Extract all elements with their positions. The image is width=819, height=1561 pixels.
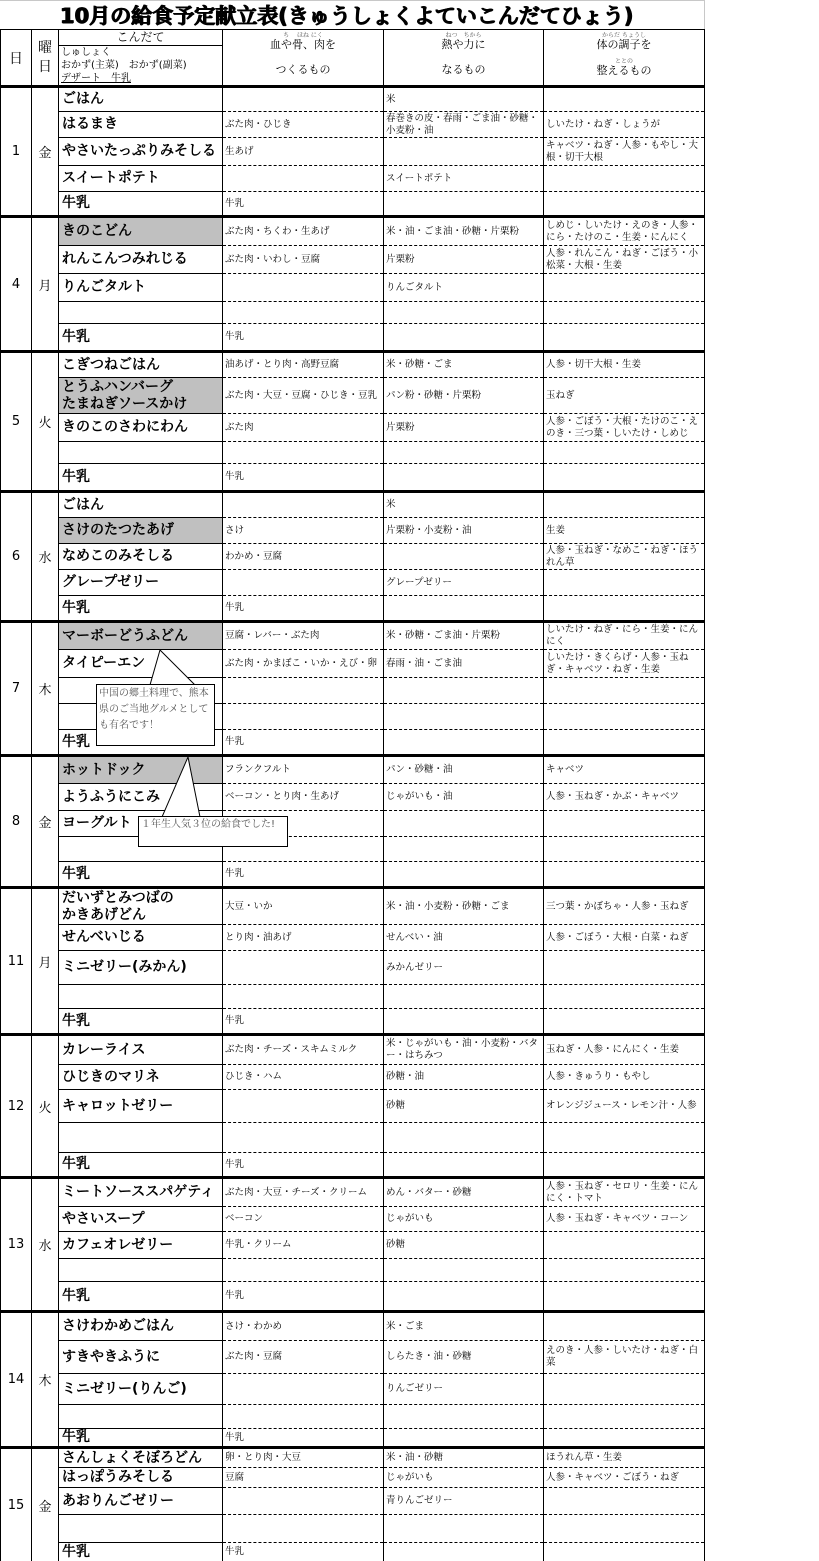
dish-name: すきやきふうに [59,1341,223,1374]
ingredient-green [544,596,705,622]
weekday: 水 [32,492,59,622]
ingredient-green [544,1009,705,1035]
ingredient-yellow: 春雨・油・ごま油 [384,650,544,678]
dish-name: ひじきのマリネ [59,1065,223,1090]
table-row: やさいスープベーコンじゃがいも人参・玉ねぎ・キャベツ・コーン [1,1207,705,1232]
ingredient-red: ぶた肉・チーズ・スキムミルク [223,1035,384,1065]
ingredient-yellow: 米・砂糖・ごま [384,352,544,378]
ingredient-green [544,1515,705,1543]
dish-name: マーボーどうふどん [59,622,223,650]
callout-taipien: 中国の郷土料理で、熊本県のご当地グルメとしても有名です！ [96,684,215,746]
dish-name: 牛乳 [59,324,223,352]
dish-name: やさいたっぷりみそしる [59,138,223,166]
ingredient-red [223,1515,384,1543]
ingredient-green [544,1429,705,1448]
ingredient-yellow [384,192,544,217]
ingredient-red: 牛乳 [223,192,384,217]
ingredient-green [544,1259,705,1282]
dish-name: 牛乳 [59,1153,223,1178]
ingredient-red: 牛乳 [223,464,384,492]
dish-name: カレーライス [59,1035,223,1065]
ingredient-green: しいたけ・ねぎ・にら・生姜・にんにく [544,622,705,650]
table-row [1,1405,705,1429]
dish-name: グレープゼリー [59,570,223,596]
ingredient-green: 人参・玉ねぎ・なめこ・ねぎ・ほうれん草 [544,544,705,570]
ingredient-yellow: 春巻きの皮・春雨・ごま油・砂糖・小麦粉・油 [384,112,544,138]
dish-name: やさいスープ [59,1207,223,1232]
day-number: 6 [1,492,32,622]
dish-name: ミニゼリー(みかん) [59,951,223,985]
table-row: なめこのみそしるわかめ・豆腐人参・玉ねぎ・なめこ・ねぎ・ほうれん草 [1,544,705,570]
dish-name: 牛乳 [59,862,223,888]
ingredient-red [223,985,384,1009]
ingredient-yellow: グレープゼリー [384,570,544,596]
day-number: 5 [1,352,32,492]
dish-name: こぎつねごはん [59,352,223,378]
ingredient-yellow [384,678,544,704]
ingredient-red: ぶた肉・豆腐 [223,1341,384,1374]
table-row: 牛乳牛乳 [1,862,705,888]
ingredient-yellow: せんべい・油 [384,925,544,951]
table-row: やさいたっぷりみそしる生あげキャベツ・ねぎ・人参・もやし・大根・切干大根 [1,138,705,166]
ingredient-yellow: 青りんごゼリー [384,1488,544,1515]
dish-name: ミートソーススパゲティ [59,1178,223,1207]
weekday: 金 [32,756,59,888]
table-row: 11月だいずとみつばの かきあげどん大豆・いか米・油・小麦粉・砂糖・ごま三つ葉・… [1,888,705,925]
ingredient-green [544,87,705,112]
ingredient-red [223,704,384,730]
ingredient-green: しいたけ・きくらげ・人参・玉ねぎ・キャベツ・ねぎ・生姜 [544,650,705,678]
ingredient-green: 玉ねぎ [544,378,705,414]
ingredient-yellow [384,324,544,352]
table-row: はるまきぶた肉・ひじき春巻きの皮・春雨・ごま油・砂糖・小麦粉・油しいたけ・ねぎ・… [1,112,705,138]
ingredient-yellow [384,1259,544,1282]
table-row: りんごタルトりんごタルト [1,274,705,302]
weekday: 金 [32,87,59,217]
ingredient-green: 人参・玉ねぎ・かぶ・キャベツ [544,784,705,811]
ingredient-red: ぶた肉・ちくわ・生あげ [223,217,384,246]
dish-name: さけわかめごはん [59,1312,223,1341]
ingredient-green [544,192,705,217]
ingredient-yellow [384,138,544,166]
dish-name: 牛乳 [59,1543,223,1561]
table-row: 5火こぎつねごはん油あげ・とり肉・高野豆腐米・砂糖・ごま人参・切干大根・生姜 [1,352,705,378]
ingredient-red: ベーコン [223,1207,384,1232]
table-row: 牛乳牛乳 [1,1153,705,1178]
day-number: 14 [1,1312,32,1448]
ingredient-red [223,1488,384,1515]
header-menu-legend: しゅしょく おかず(主菜) おかず(副菜) デザート 牛乳 [59,46,222,85]
ingredient-yellow [384,1009,544,1035]
ingredient-yellow: 米 [384,492,544,518]
table-row: ミニゼリー(りんご)りんごゼリー [1,1374,705,1405]
ingredient-green [544,837,705,862]
ingredient-yellow: 米・ごま [384,1312,544,1341]
dish-name: さけのたつたあげ [59,518,223,544]
ingredient-yellow [384,1282,544,1312]
ingredient-red: さけ [223,518,384,544]
weekday: 金 [32,1448,59,1561]
day-number: 11 [1,888,32,1035]
table-row: キャロットゼリー砂糖オレンジジュース・レモン汁・人参 [1,1090,705,1123]
dish-name [59,985,223,1009]
ingredient-red [223,1259,384,1282]
day-number: 1 [1,87,32,217]
dish-name: 牛乳 [59,1009,223,1035]
ingredient-yellow: スイートポテト [384,166,544,192]
dish-name: 牛乳 [59,1429,223,1448]
ingredient-yellow [384,1123,544,1153]
ingredient-red: 牛乳 [223,1009,384,1035]
ingredient-yellow [384,442,544,464]
weekday: 火 [32,352,59,492]
ingredient-green: 人参・玉ねぎ・セロリ・生姜・にんにく・トマト [544,1178,705,1207]
ingredient-yellow: 砂糖 [384,1090,544,1123]
day-number: 13 [1,1178,32,1312]
ingredient-yellow: 米・油・砂糖 [384,1448,544,1468]
ingredient-green: えのき・人参・しいたけ・ねぎ・白菜 [544,1341,705,1374]
table-row: 12火カレーライスぶた肉・チーズ・スキムミルク米・じゃがいも・油・小麦粉・バター… [1,1035,705,1065]
weekday: 火 [32,1035,59,1178]
ingredient-yellow: 米 [384,87,544,112]
table-row [1,1259,705,1282]
ingredient-red: 牛乳 [223,1429,384,1448]
day-number: 7 [1,622,32,756]
ingredient-green [544,1282,705,1312]
weekday: 月 [32,217,59,352]
ingredient-green [544,464,705,492]
ingredient-yellow [384,1405,544,1429]
ingredient-red: ベーコン・とり肉・生あげ [223,784,384,811]
table-row: すきやきふうにぶた肉・豆腐しらたき・油・砂糖えのき・人参・しいたけ・ねぎ・白菜 [1,1341,705,1374]
ingredient-green: 人参・きゅうり・もやし [544,1065,705,1090]
ingredient-red: ぶた肉・いわし・豆腐 [223,246,384,274]
ingredient-yellow: 米・油・ごま油・砂糖・片栗粉 [384,217,544,246]
ingredient-yellow [384,862,544,888]
ingredient-green [544,678,705,704]
ingredient-red: 豆腐・レバー・ぶた肉 [223,622,384,650]
ingredient-green [544,1153,705,1178]
dish-name: ごはん [59,492,223,518]
table-row [1,985,705,1009]
ingredient-red: フランクフルト [223,756,384,784]
dish-name [59,1405,223,1429]
ingredient-green: オレンジジュース・レモン汁・人参 [544,1090,705,1123]
dish-name [59,442,223,464]
dish-name: りんごタルト [59,274,223,302]
ingredient-red: 牛乳・クリーム [223,1232,384,1259]
ingredient-green: 人参・玉ねぎ・キャベツ・コーン [544,1207,705,1232]
dish-name: はっぽうみそしる [59,1468,223,1488]
ingredient-green [544,1543,705,1561]
table-row [1,837,705,862]
ingredient-green [544,1405,705,1429]
ingredient-green: 人参・切干大根・生姜 [544,352,705,378]
ingredient-yellow [384,985,544,1009]
ingredient-green: 玉ねぎ・人参・にんにく・生姜 [544,1035,705,1065]
ingredient-red [223,1123,384,1153]
callout-hotdog: １年生人気３位の給食でした! [138,816,288,847]
weekday: 木 [32,1312,59,1448]
ingredient-red: 牛乳 [223,596,384,622]
ingredient-yellow [384,811,544,837]
ingredient-red: ぶた肉 [223,414,384,442]
ingredient-green [544,1488,705,1515]
ingredient-yellow [384,1543,544,1561]
lunch-menu-table: 日 曜 日 こんだて しゅしょく おかず(主菜) おかず(副菜) デザート 牛乳… [0,29,705,1561]
header-red-group: ち ほね にく 血や骨、肉を つくるもの [223,30,384,87]
ingredient-yellow: 砂糖・油 [384,1065,544,1090]
table-row: 15金さんしょくそぼろどん卵・とり肉・大豆米・油・砂糖ほうれん草・生姜 [1,1448,705,1468]
ingredient-red: 油あげ・とり肉・高野豆腐 [223,352,384,378]
table-row: 4月きのこどんぶた肉・ちくわ・生あげ米・油・ごま油・砂糖・片栗粉しめじ・しいたけ… [1,217,705,246]
table-row: 6水ごはん米 [1,492,705,518]
ingredient-yellow: 米・油・小麦粉・砂糖・ごま [384,888,544,925]
dish-name: なめこのみそしる [59,544,223,570]
table-row: ミニゼリー(みかん)みかんゼリー [1,951,705,985]
day-number: 8 [1,756,32,888]
ingredient-green [544,1374,705,1405]
ingredient-yellow [384,704,544,730]
dish-name: きのこのさわにわん [59,414,223,442]
header-day: 日 [1,30,32,87]
ingredient-red: 牛乳 [223,1282,384,1312]
ingredient-red [223,87,384,112]
ingredient-red: 牛乳 [223,730,384,756]
ingredient-green [544,492,705,518]
dish-name: 牛乳 [59,192,223,217]
ingredient-red [223,1405,384,1429]
ingredient-red: 生あげ [223,138,384,166]
dish-name: カフェオレゼリー [59,1232,223,1259]
table-row: 1金ごはん米 [1,87,705,112]
ingredient-red [223,570,384,596]
ingredient-yellow: 片栗粉 [384,414,544,442]
ingredient-green [544,951,705,985]
spreadsheet: 10月の給食予定献立表(きゅうしょくよていこんだてひょう) 日 曜 日 こんだて… [0,0,705,1561]
dish-name: 牛乳 [59,596,223,622]
ingredient-green: 人参・ごぼう・大根・白菜・ねぎ [544,925,705,951]
ingredient-green: しめじ・しいたけ・えのき・人参・にら・たけのこ・生姜・にんにく [544,217,705,246]
ingredient-red: 牛乳 [223,1153,384,1178]
ingredient-red [223,678,384,704]
callout-tail-icon [140,755,240,817]
weekday: 水 [32,1178,59,1312]
ingredient-red: とり肉・油あげ [223,925,384,951]
ingredient-yellow: じゃがいも [384,1207,544,1232]
table-row [1,302,705,324]
ingredient-green: キャベツ [544,756,705,784]
dish-name: はるまき [59,112,223,138]
table-row: カフェオレゼリー牛乳・クリーム砂糖 [1,1232,705,1259]
ingredient-green: 生姜 [544,518,705,544]
ingredient-red [223,492,384,518]
table-row: ようふうにこみベーコン・とり肉・生あげじゃがいも・油人参・玉ねぎ・かぶ・キャベツ [1,784,705,811]
table-row: ヨーグルトヨーグルト [1,811,705,837]
dish-name: れんこんつみれじる [59,246,223,274]
ingredient-green [544,1312,705,1341]
ingredient-yellow: みかんゼリー [384,951,544,985]
ingredient-red [223,1374,384,1405]
dish-name [59,1259,223,1282]
page-title: 10月の給食予定献立表(きゅうしょくよていこんだてひょう) [0,0,704,29]
table-header-row: 日 曜 日 こんだて しゅしょく おかず(主菜) おかず(副菜) デザート 牛乳… [1,30,705,87]
ingredient-yellow [384,1429,544,1448]
ingredient-red: さけ・わかめ [223,1312,384,1341]
ingredient-yellow: 片栗粉 [384,246,544,274]
ingredient-yellow [384,544,544,570]
ingredient-green: 人参・ごぼう・大根・たけのこ・えのき・三つ葉・しいたけ・しめじ [544,414,705,442]
table-row: 14木さけわかめごはんさけ・わかめ米・ごま [1,1312,705,1341]
table-row: 7木マーボーどうふどん豆腐・レバー・ぶた肉米・砂糖・ごま油・片栗粉しいたけ・ねぎ… [1,622,705,650]
dish-name: きのこどん [59,217,223,246]
ingredient-yellow: しらたき・油・砂糖 [384,1341,544,1374]
ingredient-yellow: りんごタルト [384,274,544,302]
ingredient-yellow: 米・じゃがいも・油・小麦粉・バター・はちみつ [384,1035,544,1065]
dish-name [59,1123,223,1153]
ingredient-green: キャベツ・ねぎ・人参・もやし・大根・切干大根 [544,138,705,166]
table-row [1,1123,705,1153]
dish-name: 牛乳 [59,464,223,492]
weekday: 木 [32,622,59,756]
ingredient-yellow: パン・砂糖・油 [384,756,544,784]
ingredient-green [544,862,705,888]
ingredient-red [223,951,384,985]
ingredient-green: しいたけ・ねぎ・しょうが [544,112,705,138]
dish-name [59,1515,223,1543]
table-row: 8金ホットドックフランクフルトパン・砂糖・油キャベツ [1,756,705,784]
ingredient-red: 牛乳 [223,862,384,888]
header-green-group: からだ ちょうし 体の調子を ととの 整えるもの [544,30,705,87]
table-row: れんこんつみれじるぶた肉・いわし・豆腐片栗粉人参・れんこん・ねぎ・ごぼう・小松菜… [1,246,705,274]
ingredient-yellow: 片栗粉・小麦粉・油 [384,518,544,544]
ingredient-yellow [384,464,544,492]
ingredient-yellow: りんごゼリー [384,1374,544,1405]
dish-name: ミニゼリー(りんご) [59,1374,223,1405]
header-weekday: 曜 日 [32,30,59,87]
ingredient-yellow [384,837,544,862]
ingredient-red [223,442,384,464]
header-menu-title: こんだて [59,30,222,46]
dish-name: だいずとみつばの かきあげどん [59,888,223,925]
table-row: 牛乳牛乳 [1,596,705,622]
ingredient-yellow: じゃがいも [384,1468,544,1488]
header-yellow-group: ねつ ちから 熱や力に なるもの [384,30,544,87]
ingredient-yellow: じゃがいも・油 [384,784,544,811]
ingredient-yellow [384,596,544,622]
ingredient-red [223,274,384,302]
ingredient-red [223,1090,384,1123]
table-row: 牛乳牛乳 [1,1429,705,1448]
ingredient-red: ひじき・ハム [223,1065,384,1090]
dish-name: とうふハンバーグ たまねぎソースかけ [59,378,223,414]
ingredient-yellow [384,730,544,756]
table-row: せんべいじるとり肉・油あげせんべい・油人参・ごぼう・大根・白菜・ねぎ [1,925,705,951]
ingredient-red: ぶた肉・ひじき [223,112,384,138]
table-row: ひじきのマリネひじき・ハム砂糖・油人参・きゅうり・もやし [1,1065,705,1090]
table-row: スイートポテトスイートポテト [1,166,705,192]
ingredient-yellow: 砂糖 [384,1232,544,1259]
ingredient-red: 卵・とり肉・大豆 [223,1448,384,1468]
ingredient-green [544,1123,705,1153]
ingredient-green [544,985,705,1009]
day-number: 12 [1,1035,32,1178]
ingredient-yellow: めん・バター・砂糖 [384,1178,544,1207]
table-row: あおりんごゼリー青りんごゼリー [1,1488,705,1515]
ingredient-yellow: 米・砂糖・ごま油・片栗粉 [384,622,544,650]
dish-name [59,302,223,324]
table-row: 牛乳牛乳 [1,1009,705,1035]
ingredient-green [544,811,705,837]
ingredient-green: ほうれん草・生姜 [544,1448,705,1468]
ingredient-red: ぶた肉・大豆・チーズ・クリーム [223,1178,384,1207]
table-row: グレープゼリーグレープゼリー [1,570,705,596]
dish-name: せんべいじる [59,925,223,951]
ingredient-red [223,302,384,324]
dish-name: スイートポテト [59,166,223,192]
ingredient-green [544,274,705,302]
ingredient-green [544,324,705,352]
table-row: きのこのさわにわんぶた肉片栗粉人参・ごぼう・大根・たけのこ・えのき・三つ葉・しい… [1,414,705,442]
table-row: 13水ミートソーススパゲティぶた肉・大豆・チーズ・クリームめん・バター・砂糖人参… [1,1178,705,1207]
ingredient-yellow: パン粉・砂糖・片栗粉 [384,378,544,414]
ingredient-yellow [384,1515,544,1543]
ingredient-red: ぶた肉・大豆・豆腐・ひじき・豆乳 [223,378,384,414]
dish-name: さんしょくそぼろどん [59,1448,223,1468]
ingredient-red: わかめ・豆腐 [223,544,384,570]
table-row: さけのたつたあげさけ片栗粉・小麦粉・油生姜 [1,518,705,544]
ingredient-green [544,730,705,756]
table-row: とうふハンバーグ たまねぎソースかけぶた肉・大豆・豆腐・ひじき・豆乳パン粉・砂糖… [1,378,705,414]
table-row [1,1515,705,1543]
ingredient-yellow [384,302,544,324]
ingredient-green [544,442,705,464]
table-row: はっぽうみそしる豆腐じゃがいも人参・キャベツ・ごぼう・ねぎ [1,1468,705,1488]
table-row [1,442,705,464]
ingredient-red: 豆腐 [223,1468,384,1488]
ingredient-green: 三つ葉・かぼちゃ・人参・玉ねぎ [544,888,705,925]
ingredient-red: 牛乳 [223,1543,384,1561]
header-menu: こんだて しゅしょく おかず(主菜) おかず(副菜) デザート 牛乳 [59,30,223,87]
ingredient-red [223,166,384,192]
ingredient-green [544,1232,705,1259]
ingredient-green: 人参・れんこん・ねぎ・ごぼう・小松菜・大根・生姜 [544,246,705,274]
ingredient-yellow [384,1153,544,1178]
table-row: 牛乳牛乳 [1,324,705,352]
ingredient-green [544,570,705,596]
ingredient-green [544,166,705,192]
ingredient-green [544,704,705,730]
table-row: 牛乳牛乳 [1,192,705,217]
dish-name: ごはん [59,87,223,112]
ingredient-red: 大豆・いか [223,888,384,925]
ingredient-green: 人参・キャベツ・ごぼう・ねぎ [544,1468,705,1488]
ingredient-red: 牛乳 [223,324,384,352]
dish-name: 牛乳 [59,1282,223,1312]
weekday: 月 [32,888,59,1035]
day-number: 15 [1,1448,32,1561]
table-row: 牛乳牛乳 [1,1543,705,1561]
ingredient-red: ぶた肉・かまぼこ・いか・えび・卵 [223,650,384,678]
table-row: 牛乳牛乳 [1,464,705,492]
table-row: 牛乳牛乳 [1,1282,705,1312]
dish-name: あおりんごゼリー [59,1488,223,1515]
ingredient-green [544,302,705,324]
day-number: 4 [1,217,32,352]
dish-name: キャロットゼリー [59,1090,223,1123]
